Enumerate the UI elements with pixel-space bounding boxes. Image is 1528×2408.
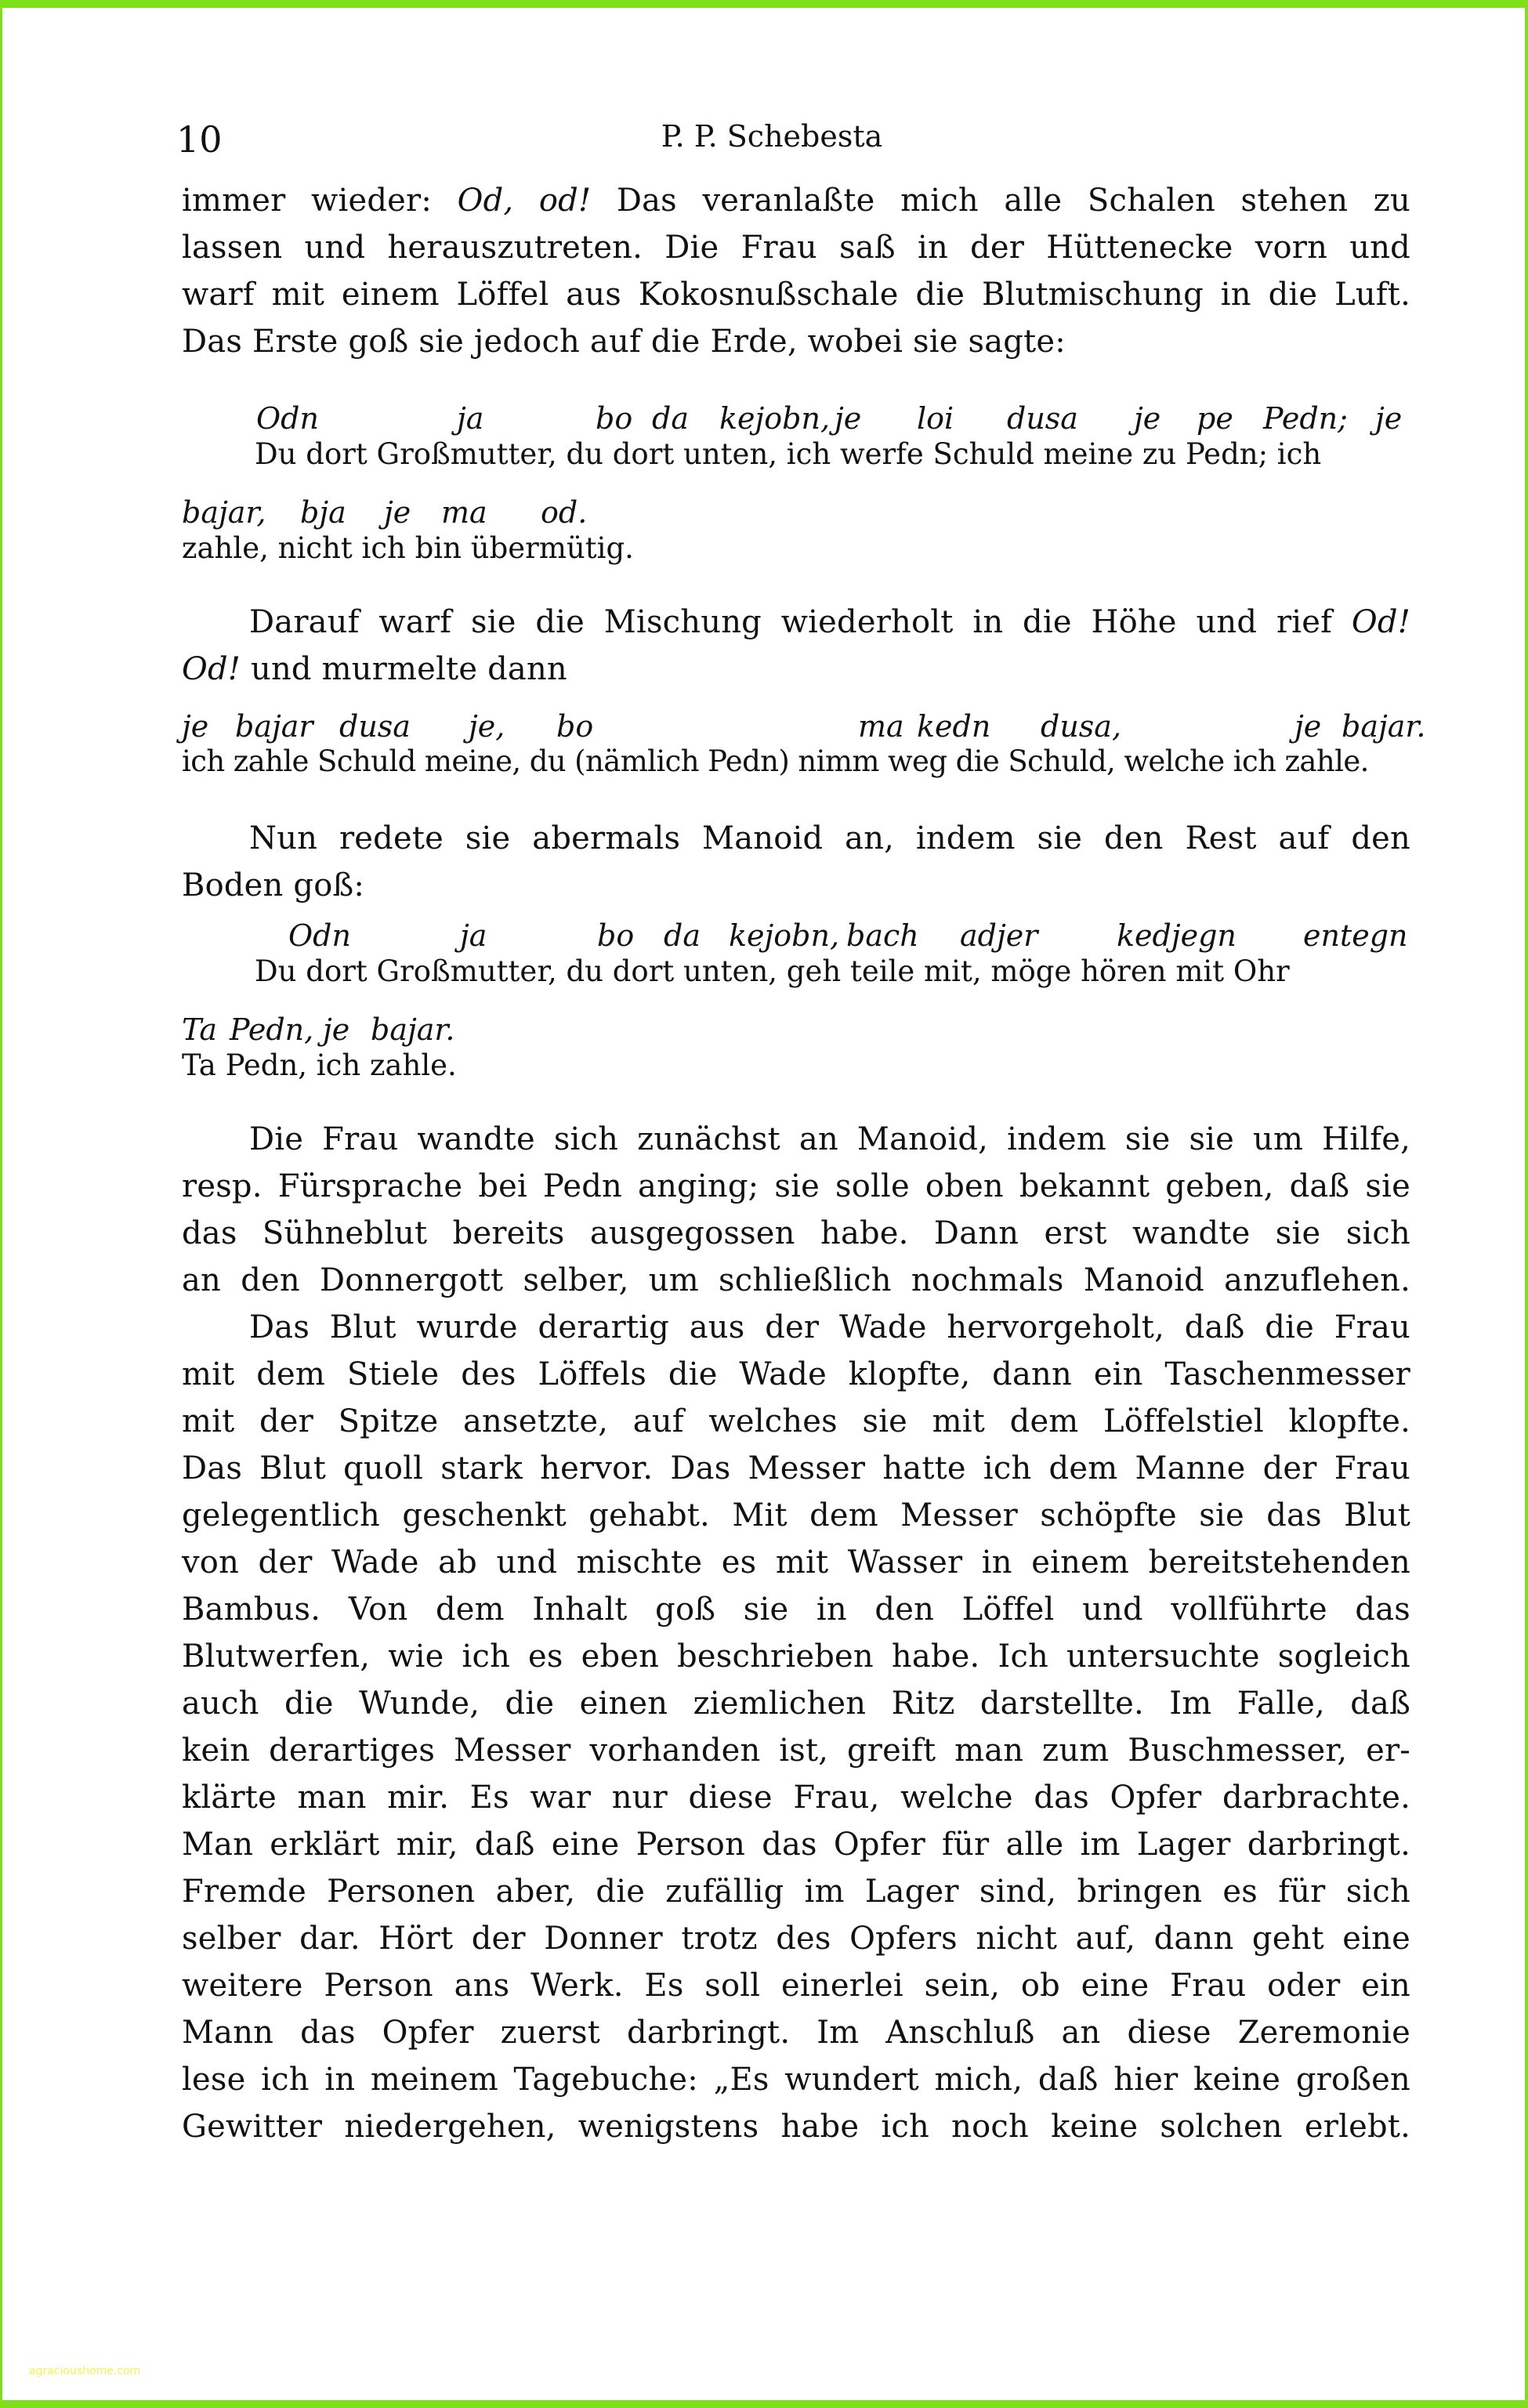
- paragraph-line: mit dem Stiele des Löffels die Wade klop…: [182, 1356, 1410, 1393]
- source-word: je: [835, 401, 861, 436]
- paragraph-line: Mann das Opfer zuerst darbringt. Im Ansc…: [182, 2014, 1410, 2051]
- paragraph-line: Nun redete sie abermals Manoid an, indem…: [249, 820, 1410, 857]
- source-word: bajar: [235, 709, 313, 744]
- text-span: Darauf warf sie die Mischung wiederholt …: [249, 604, 1352, 640]
- source-word: ja: [457, 401, 483, 436]
- interlinear-translation: ich zahle Schuld meine, du (nämlich Pedn…: [182, 744, 1369, 779]
- paragraph-line: gelegentlich geschenkt gehabt. Mit dem M…: [182, 1497, 1410, 1534]
- source-word: kedn: [917, 709, 990, 744]
- interlinear-source-row: Ta Pedn, je bajar.: [0, 1012, 1528, 1047]
- paragraph-line: klärte man mir. Es war nur diese Frau, w…: [182, 1779, 1410, 1816]
- source-word: ma: [858, 709, 904, 744]
- source-word: bo: [556, 709, 593, 744]
- paragraph-line: Bambus. Von dem Inhalt goß sie in den Lö…: [182, 1591, 1410, 1628]
- source-word: Ta: [182, 1012, 217, 1047]
- source-word: bach: [846, 918, 919, 953]
- interlinear-translation: zahle, nicht ich bin übermütig.: [182, 531, 634, 566]
- text-span: immer wieder:: [182, 183, 458, 219]
- source-word: dusa: [339, 709, 411, 744]
- source-word: je: [182, 709, 208, 744]
- watermark-text: agracioushome.com: [29, 2365, 140, 2377]
- paragraph-line: Blutwerfen, wie ich es eben beschrieben …: [182, 1638, 1410, 1675]
- paragraph-line: Das Blut wurde derartig aus der Wade her…: [249, 1309, 1410, 1346]
- paragraph-line: immer wieder: Od, od! Das veranlaßte mic…: [182, 182, 1410, 219]
- paragraph-line: Die Frau wandte sich zunächst an Manoid,…: [249, 1121, 1410, 1158]
- source-word: kedjegn: [1117, 918, 1237, 953]
- source-word: je: [323, 1012, 349, 1047]
- source-word: Odn: [256, 401, 319, 436]
- interlinear-translation: Ta Pedn, ich zahle.: [182, 1048, 457, 1083]
- paragraph-line: Darauf warf sie die Mischung wiederholt …: [249, 603, 1410, 641]
- paragraph-line: Fremde Personen aber, die zufällig im La…: [182, 1873, 1410, 1910]
- paragraph-line: Das Blut quoll stark hervor. Das Messer …: [182, 1450, 1410, 1487]
- interlinear-source-row: je bajar dusa je, bo ma kedn dusa, je ba…: [0, 709, 1528, 744]
- source-word: je: [1294, 709, 1321, 744]
- source-word: bo: [597, 918, 634, 953]
- source-word: od.: [541, 495, 587, 530]
- source-word: bo: [596, 401, 632, 436]
- source-word: ma: [441, 495, 487, 530]
- source-word: bja: [300, 495, 346, 530]
- paragraph-line: warf mit einem Löffel aus Kokosnußschale…: [182, 276, 1410, 313]
- paragraph-line: auch die Wunde, die einen ziemlichen Rit…: [182, 1685, 1410, 1722]
- text-span: und murmelte dann: [241, 651, 567, 687]
- source-word: Pedn,: [230, 1012, 313, 1047]
- source-word: da: [664, 918, 701, 953]
- paragraph-line: mit der Spitze ansetzte, auf welches sie…: [182, 1403, 1410, 1440]
- paragraph-line: Das Erste goß sie jedoch auf die Erde, w…: [182, 323, 1410, 360]
- source-word: je: [1134, 401, 1160, 436]
- source-word: dusa,: [1041, 709, 1121, 744]
- source-word: da: [652, 401, 689, 436]
- document-page: 10 P. P. Schebesta immer wieder: Od, od!…: [0, 0, 1528, 2408]
- italic-exclamation: Od!: [1352, 604, 1410, 640]
- paragraph-line: Od! und murmelte dann: [182, 650, 1410, 688]
- interlinear-translation: Du dort Großmutter, du dort unten, ich w…: [255, 437, 1321, 472]
- paragraph-line: kein derartiges Messer vorhanden ist, gr…: [182, 1732, 1410, 1769]
- source-word: Pedn;: [1263, 401, 1348, 436]
- source-word: kejobn,: [729, 918, 839, 953]
- source-word: dusa: [1007, 401, 1078, 436]
- paragraph-line: lassen und herauszutreten. Die Frau saß …: [182, 229, 1410, 266]
- source-word: kejobn,: [719, 401, 830, 436]
- interlinear-source-row: bajar, bja je ma od.: [0, 495, 1528, 530]
- paragraph-line: an den Donnergott selber, um schließlich…: [182, 1262, 1410, 1299]
- source-word: bajar.: [371, 1012, 455, 1047]
- source-word: Odn: [288, 918, 351, 953]
- source-word: je: [1375, 401, 1402, 436]
- source-word: bajar.: [1342, 709, 1426, 744]
- paragraph-line: Gewitter niedergehen, wenigstens habe ic…: [182, 2108, 1410, 2145]
- source-word: loi: [917, 401, 954, 436]
- interlinear-source-row: Odn ja bo da kejobn, je loi dusa je pe P…: [0, 401, 1528, 436]
- source-word: je,: [469, 709, 505, 744]
- paragraph-line: das Sühneblut bereits ausgegossen habe. …: [182, 1215, 1410, 1252]
- paragraph-line: selber dar. Hört der Donner trotz des Op…: [182, 1920, 1410, 1957]
- source-word: entegn: [1303, 918, 1408, 953]
- paragraph-line: Man erklärt mir, daß eine Person das Opf…: [182, 1826, 1410, 1863]
- paragraph-line: weitere Person ans Werk. Es soll einerle…: [182, 1967, 1410, 2004]
- italic-exclamation: Od, od!: [458, 183, 592, 219]
- source-word: adjer: [960, 918, 1037, 953]
- text-span: Das veranlaßte mich alle Schalen stehen …: [591, 183, 1410, 219]
- source-word: je: [384, 495, 411, 530]
- paragraph-line: resp. Fürsprache bei Pedn anging; sie so…: [182, 1168, 1410, 1205]
- interlinear-translation: Du dort Großmutter, du dort unten, geh t…: [255, 954, 1290, 989]
- paragraph-line: von der Wade ab und mischte es mit Wasse…: [182, 1544, 1410, 1581]
- paragraph-line: Boden goß:: [182, 867, 1410, 904]
- italic-exclamation: Od!: [182, 651, 241, 687]
- source-word: ja: [460, 918, 487, 953]
- running-title: P. P. Schebesta: [0, 118, 1528, 155]
- source-word: bajar,: [182, 495, 266, 530]
- interlinear-source-row: Odn ja bo da kejobn, bach adjer kedjegn …: [0, 918, 1528, 953]
- source-word: pe: [1197, 401, 1233, 436]
- paragraph-line: lese ich in meinem Tagebuche: „Es wunder…: [182, 2061, 1410, 2098]
